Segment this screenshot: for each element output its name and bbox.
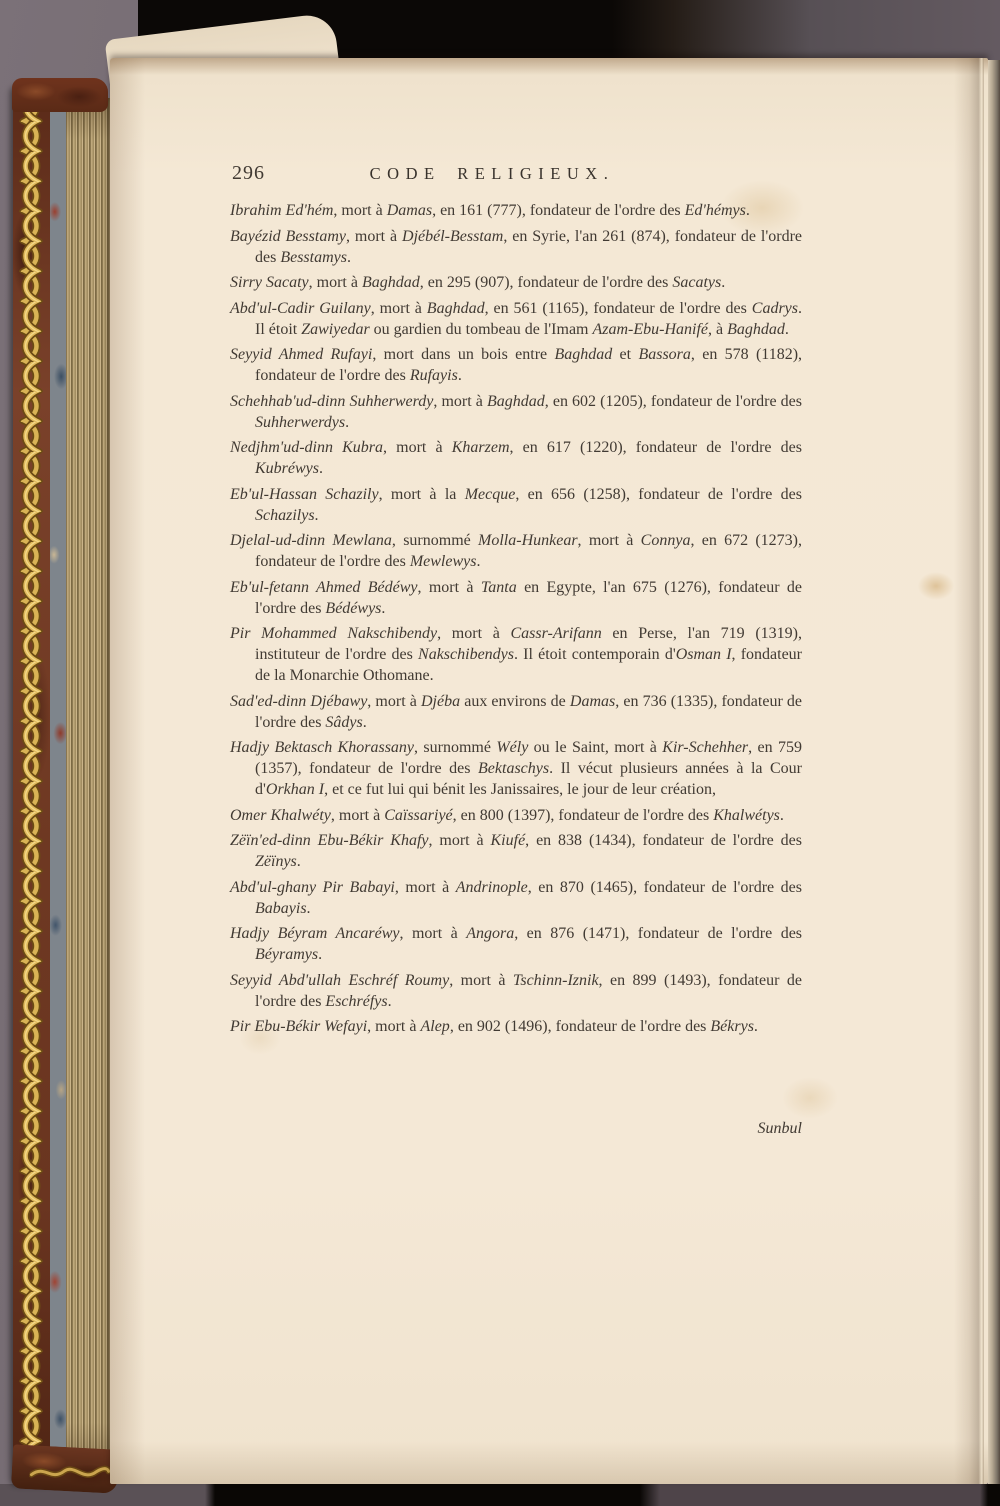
entry: Abd'ul-ghany Pir Babayi, mort à Andrinop… xyxy=(230,877,802,919)
gilt-page-edges xyxy=(66,98,113,1478)
entry: Abd'ul-Cadir Guilany, mort à Baghdad, en… xyxy=(230,298,802,340)
page-fold-shadow xyxy=(954,58,984,1484)
entry: Nedjhm'ud-dinn Kubra, mort à Kharzem, en… xyxy=(230,437,802,479)
entry: Pir Mohammed Nakschibendy, mort à Cassr-… xyxy=(230,623,802,686)
marbled-endpaper xyxy=(50,102,66,1474)
running-title: CODE RELIGIEUX. xyxy=(358,164,626,184)
entry: Hadjy Béyram Ancaréwy, mort à Angora, en… xyxy=(230,923,802,965)
entry: Omer Khalwéty, mort à Caïssariyé, en 800… xyxy=(230,805,802,826)
page-number: 296 xyxy=(232,162,265,185)
entry: Bayézid Besstamy, mort à Djébél-Besstam,… xyxy=(230,226,802,268)
page-header: 296 CODE RELIGIEUX. xyxy=(230,160,802,200)
printed-text-block: 296 CODE RELIGIEUX. Ibrahim Ed'hém, mort… xyxy=(230,160,802,1042)
entry: Ibrahim Ed'hém, mort à Damas, en 161 (77… xyxy=(230,200,802,221)
entry: Eb'ul-Hassan Schazily, mort à la Mecque,… xyxy=(230,484,802,526)
gilt-rope-ornament-icon xyxy=(15,92,47,1482)
book-photo: 296 CODE RELIGIEUX. Ibrahim Ed'hém, mort… xyxy=(0,0,1000,1506)
background-shadow-bottom xyxy=(0,1484,1000,1506)
entry: Sirry Sacaty, mort à Baghdad, en 295 (90… xyxy=(230,272,802,293)
entry: Eb'ul-fetann Ahmed Bédéwy, mort à Tanta … xyxy=(230,577,802,619)
entry-list: Ibrahim Ed'hém, mort à Damas, en 161 (77… xyxy=(230,200,802,1037)
catchword: Sunbul xyxy=(230,1120,808,1138)
entry: Djelal-ud-dinn Mewlana, surnommé Molla-H… xyxy=(230,530,802,572)
entry: Seyyid Abd'ullah Eschréf Roumy, mort à T… xyxy=(230,970,802,1012)
adjacent-page-edge xyxy=(988,60,1000,1484)
leather-headcap xyxy=(12,78,108,112)
entry: Seyyid Ahmed Rufayi, mort dans un bois e… xyxy=(230,344,802,386)
entry: Hadjy Bektasch Khorassany, surnommé Wély… xyxy=(230,737,802,800)
entry: Zëïn'ed-dinn Ebu-Békir Khafy, mort à Kiu… xyxy=(230,830,802,872)
entry: Sad'ed-dinn Djébawy, mort à Djéba aux en… xyxy=(230,691,802,733)
entry: Pir Ebu-Békir Wefayi, mort à Alep, en 90… xyxy=(230,1016,802,1037)
entry: Schehhab'ud-dinn Suhherwerdy, mort à Bag… xyxy=(230,391,802,433)
